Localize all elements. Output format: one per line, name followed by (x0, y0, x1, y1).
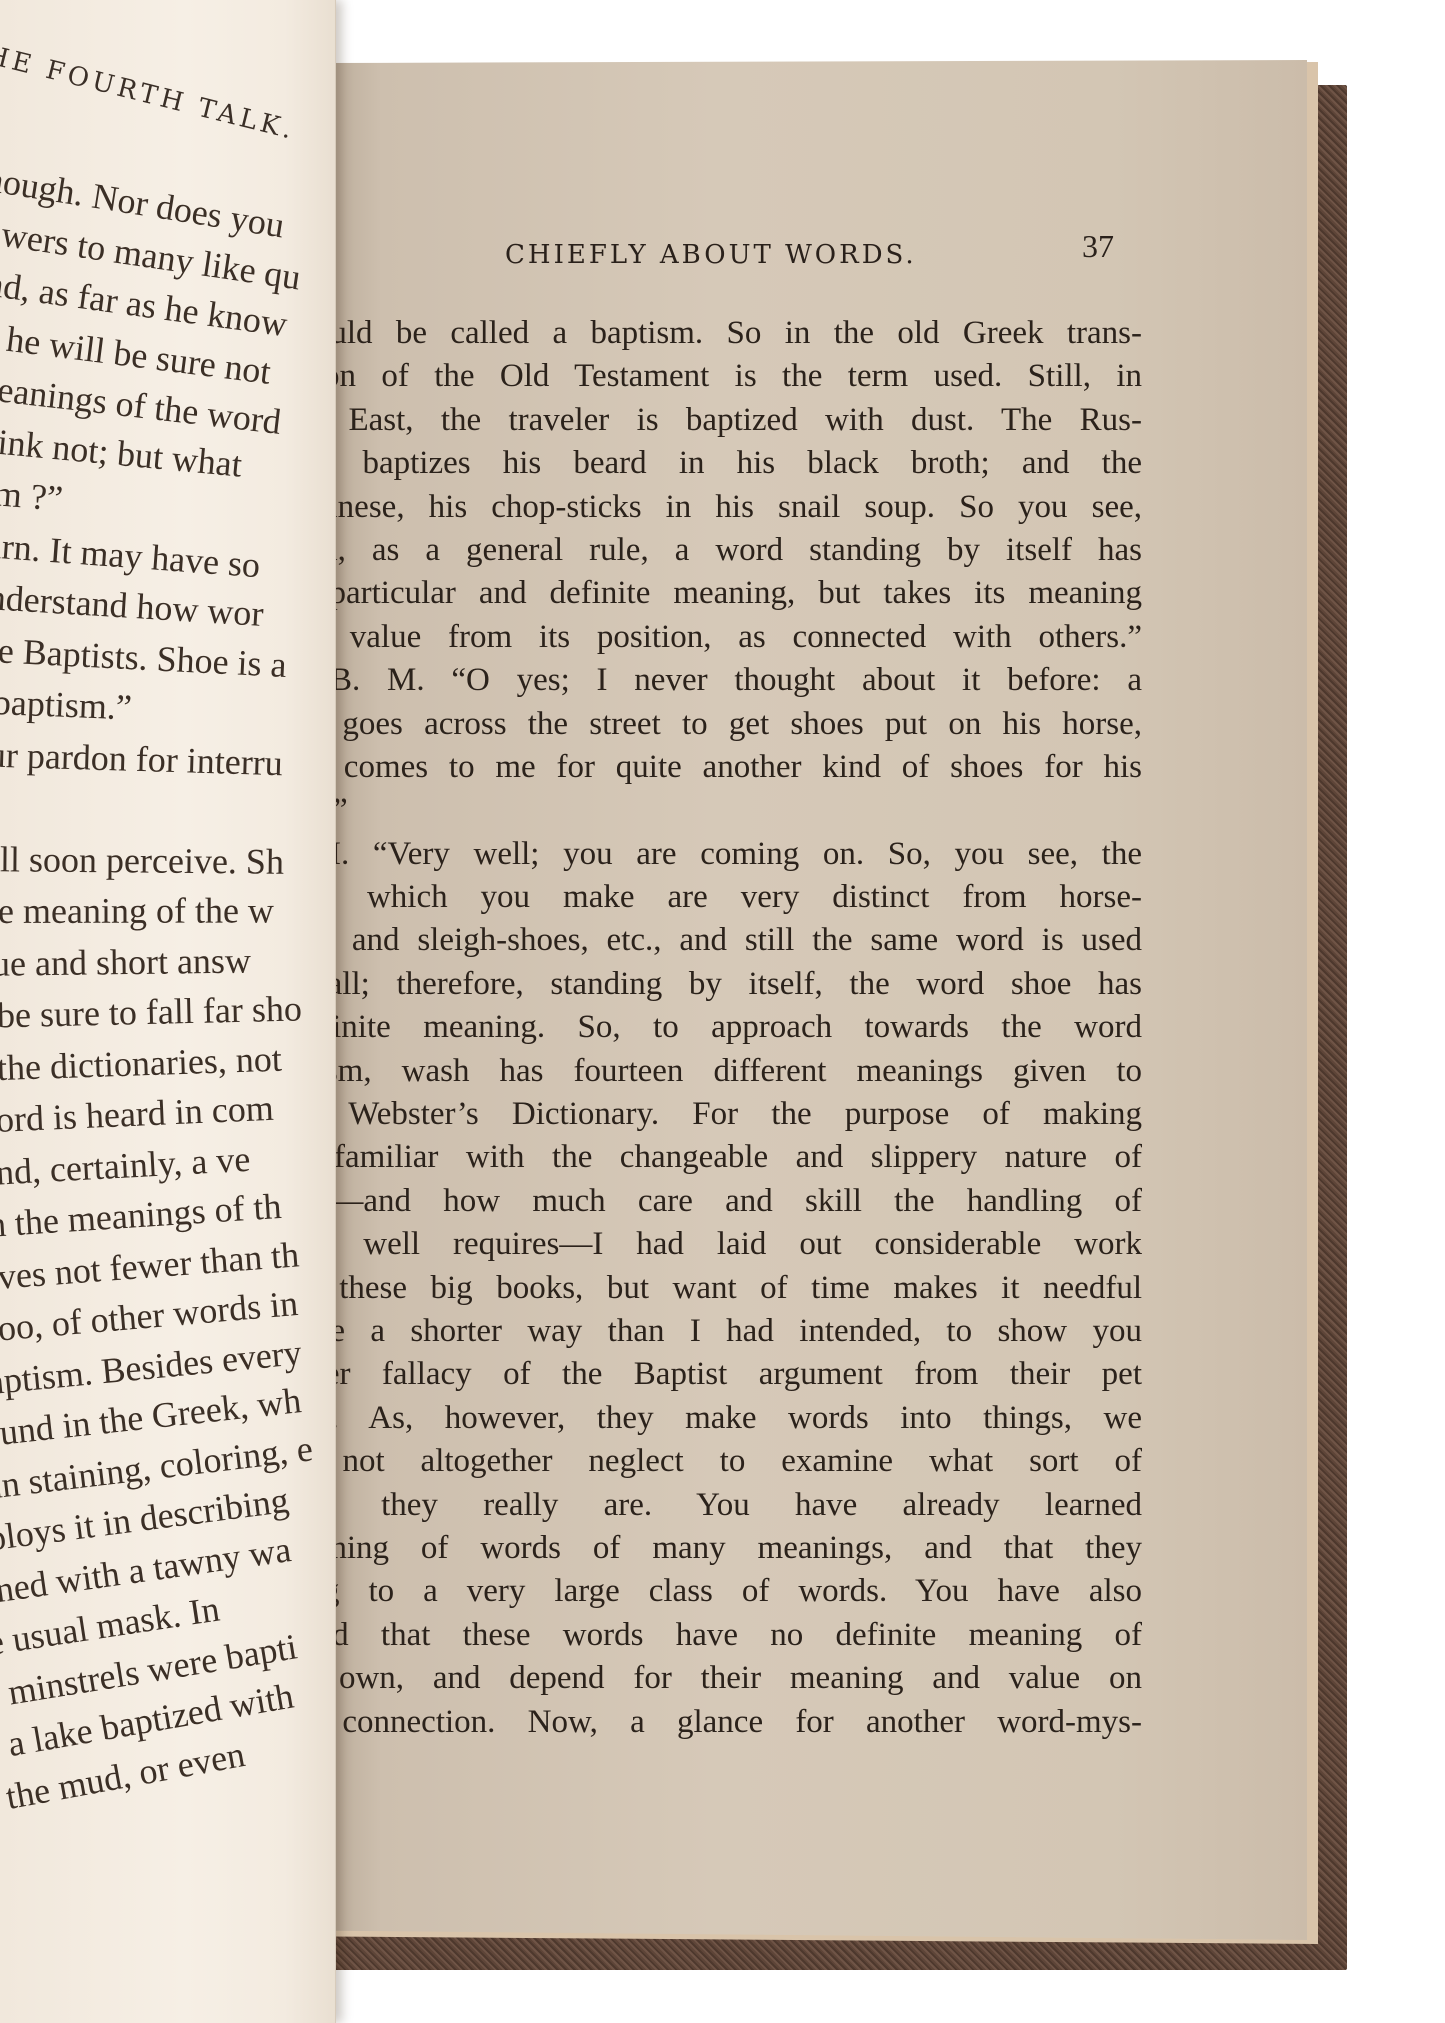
text-line: nd value from its position, as connected… (290, 616, 1142, 659)
text-line: I. “Very well; you are coming on. So, yo… (290, 833, 1142, 876)
running-head-left: HE FOURTH TALK. (0, 40, 299, 146)
text-line: ir own, and depend for their meaning and… (290, 1657, 1142, 1700)
text-line: rned that these words have no definite m… (290, 1614, 1142, 1657)
text-line: nething of words of many meanings, and t… (290, 1527, 1142, 1570)
text-line: oes and sleigh-shoes, etc., and still th… (290, 919, 1142, 962)
text-line: nd comes to me for quite another kind of… (290, 746, 1142, 789)
text-line: utter fallacy of the Baptist argument fr… (290, 1353, 1142, 1396)
text-line: he East, the traveler is baptized with d… (290, 399, 1142, 442)
text-line: the meaning of the w (0, 884, 336, 937)
text-line: rds. As, however, they make words into t… (290, 1397, 1142, 1440)
text-line: an goes across the street to get shoes p… (290, 703, 1142, 746)
text-line: ngs they really are. You have already le… (290, 1484, 1142, 1527)
right-page-body: would be called a baptism. So in the old… (290, 312, 1142, 1744)
text-line: in Webster’s Dictionary. For the purpose… (290, 1093, 1142, 1136)
text-line: r all; therefore, standing by itself, th… (290, 963, 1142, 1006)
text-line: definite meaning. So, to approach toward… (290, 1006, 1142, 1049)
text-line: ir connection. Now, a glance for another… (290, 1701, 1142, 1744)
text-line: hen, as a general rule, a word standing … (290, 529, 1142, 572)
text-line: B. M. “O yes; I never thought about it b… (290, 659, 1142, 702)
text-line: would be called a baptism. So in the old… (290, 312, 1142, 355)
text-line: ian baptizes his beard in his black brot… (290, 442, 1142, 485)
text-line: Chinese, his chop-sticks in his snail so… (290, 486, 1142, 529)
text-line: oes which you make are very distinct fro… (290, 876, 1142, 919)
text-line: .” (0, 780, 336, 840)
page-number: 37 (1082, 228, 1114, 265)
text-line: em well requires—I had laid out consider… (290, 1223, 1142, 1266)
text-line: th these big books, but want of time mak… (290, 1267, 1142, 1310)
text-line: y not altogether neglect to examine what… (290, 1440, 1142, 1483)
text-line: rds—and how much care and skill the hand… (290, 1180, 1142, 1223)
text-line: ife.” (290, 789, 1142, 832)
text-line: ptism, wash has fourteen different meani… (290, 1050, 1142, 1093)
text-line: o particular and definite meaning, but t… (290, 572, 1142, 615)
text-line: u familiar with the changeable and slipp… (290, 1136, 1142, 1179)
text-line: ong to a very large class of words. You … (290, 1570, 1142, 1613)
running-head-right: CHIEFLY ABOUT WORDS. (505, 240, 917, 270)
text-line: u’ll soon perceive. Sh (0, 833, 336, 889)
text-line: take a shorter way than I had intended, … (290, 1310, 1142, 1353)
text-line: ation of the Old Testament is the term u… (290, 355, 1142, 398)
left-page: HE FOURTH TALK. enough. Nor does younswe… (0, 0, 336, 2023)
text-line: true and short answ (0, 933, 336, 990)
left-page-body: enough. Nor does younswers to many like … (0, 150, 336, 1830)
